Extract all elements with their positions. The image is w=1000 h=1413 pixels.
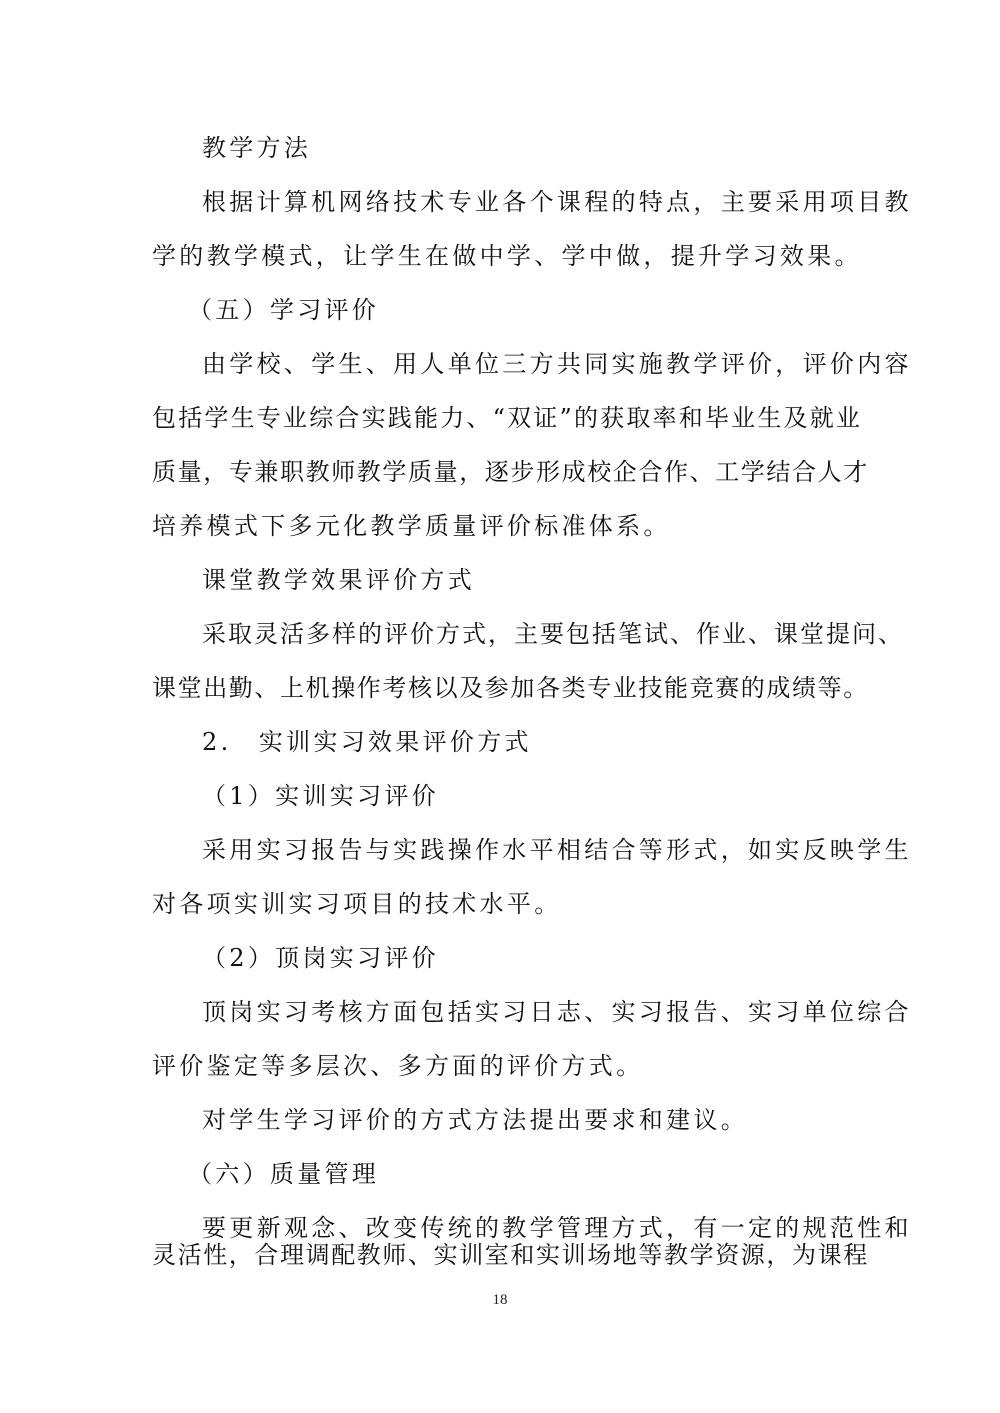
paragraph-line: 学的教学模式，让学生在做中学、学中做，提升学习效果。 (152, 241, 852, 271)
paragraph-line: 采用实习报告与实践操作水平相结合等形式，如实反映学生 (202, 835, 902, 865)
paragraph-line: 采取灵活多样的评价方式，主要包括笔试、作业、课堂提问、 (202, 619, 902, 649)
paragraph-line: 顶岗实习考核方面包括实习日志、实习报告、实习单位综合 (202, 997, 902, 1027)
page-number: 18 (0, 1292, 1000, 1309)
section-heading-quality-management: （六）质量管理 (188, 1159, 888, 1189)
paragraph-line: 课堂出勤、上机操作考核以及参加各类专业技能竞赛的成绩等。 (152, 673, 852, 703)
paragraph-line: 要更新观念、改变传统的教学管理方式，有一定的规范性和 (202, 1213, 902, 1243)
paragraph-line: 质量，专兼职教师教学质量，逐步形成校企合作、工学结合人才 (152, 457, 852, 487)
paragraph-line: 灵活性，合理调配教师、实训室和实训场地等教学资源，为课程 (152, 1240, 852, 1270)
subheading-practical-training: （1）实训实习评价 (202, 781, 902, 811)
subheading-classroom-evaluation: 课堂教学效果评价方式 (202, 565, 902, 595)
document-page: 教学方法 根据计算机网络技术专业各个课程的特点，主要采用项目教 学的教学模式，让… (0, 0, 1000, 1413)
paragraph-line: 根据计算机网络技术专业各个课程的特点，主要采用项目教 (202, 187, 902, 217)
section-heading-learning-evaluation: （五）学习评价 (188, 295, 888, 325)
paragraph-line: 对各项实训实习项目的技术水平。 (152, 889, 852, 919)
subheading-teaching-method: 教学方法 (202, 133, 902, 163)
paragraph-line: 对学生学习评价的方式方法提出要求和建议。 (202, 1105, 902, 1135)
paragraph-line: 评价鉴定等多层次、多方面的评价方式。 (152, 1051, 852, 1081)
paragraph-line: 包括学生专业综合实践能力、“双证”的获取率和毕业生及就业 (152, 403, 852, 433)
paragraph-line: 由学校、学生、用人单位三方共同实施教学评价，评价内容 (202, 349, 902, 379)
paragraph-line: 培养模式下多元化教学质量评价标准体系。 (152, 511, 852, 541)
numbered-heading-practice-evaluation: 2. 实训实习效果评价方式 (202, 727, 902, 757)
subheading-internship: （2）顶岗实习评价 (202, 943, 902, 973)
